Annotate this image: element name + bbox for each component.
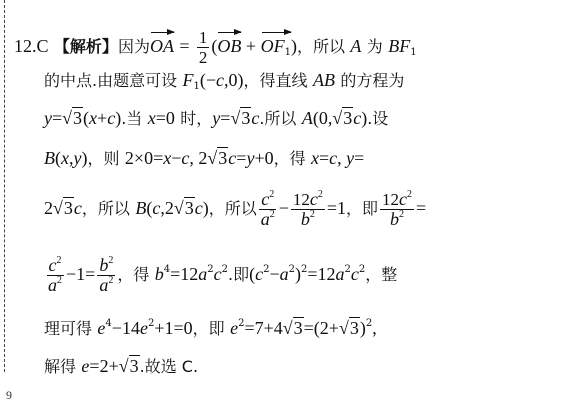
- text: ，得直线: [244, 71, 308, 90]
- analysis-tag: 【解析】: [54, 37, 118, 56]
- solution-line-7: 理可得 e4−14e2+1=0，即 e2=7+4√3=(2+√3)2,: [44, 318, 377, 339]
- fraction-c2-a2: c2a2: [46, 256, 64, 295]
- fraction-12c2-b2: 12c2b2: [291, 190, 325, 229]
- fraction-b2-a2: b2a2: [97, 256, 115, 295]
- text: ，所以: [297, 37, 345, 56]
- text: 的方程为: [340, 71, 404, 90]
- text: 理可得: [44, 319, 92, 338]
- text: 时，: [180, 109, 212, 128]
- fraction-c2-a2: c2a2: [259, 190, 277, 229]
- page-corner-mark: 9: [6, 388, 12, 401]
- text: ，得: [274, 149, 306, 168]
- text: .即: [228, 265, 249, 284]
- fraction-one-half: 12: [197, 28, 210, 67]
- text: .当: [121, 109, 142, 128]
- text: .故选 C.: [140, 357, 198, 376]
- text: 的中点.由题意可设: [44, 71, 177, 90]
- text: ，整: [365, 265, 397, 284]
- solution-line-2: 的中点.由题意可设 F1(−c,0)，得直线 AB 的方程为: [44, 70, 404, 91]
- solution-line-6: c2a2−1=b2a2，得 b4=12a2c2.即(c2−a2)2=12a2c2…: [44, 256, 397, 295]
- fraction-12c2-b2: 12c2b2: [380, 190, 414, 229]
- text: 为: [367, 37, 383, 56]
- text: 解得: [44, 357, 76, 376]
- problem-number: 12.C: [14, 36, 49, 56]
- text: .所以: [259, 109, 296, 128]
- vector-ob: OB: [217, 28, 241, 57]
- solution-line-1: 12.C 【解析】因为OA = 12(OB + OF1)，所以 A 为 BF1: [14, 28, 417, 67]
- text: ，即: [346, 199, 378, 218]
- solution-line-5: 2√3c，所以 B(c,2√3c)，所以c2a2−12c2b2=1，即12c2b…: [44, 190, 426, 229]
- text: 因为: [118, 37, 150, 56]
- text: ，则: [88, 149, 120, 168]
- vector-of1: OF1: [261, 28, 291, 57]
- vector-oa: OA: [150, 28, 174, 57]
- dashed-margin-border: [4, 0, 5, 372]
- solution-line-4: B(x,y)，则 2×0=x−c, 2√3c=y+0，得 x=c, y=: [44, 148, 364, 169]
- text: .设: [367, 109, 388, 128]
- solution-line-3: y=√3(x+c).当 x=0 时，y=√3c.所以 A(0,√3c).设: [44, 108, 388, 129]
- text: ，即: [193, 319, 225, 338]
- solution-line-8: 解得 e=2+√3.故选 C.: [44, 356, 198, 377]
- text: ，所以: [82, 199, 130, 218]
- text: ，所以: [209, 199, 257, 218]
- text: ，得: [117, 265, 149, 284]
